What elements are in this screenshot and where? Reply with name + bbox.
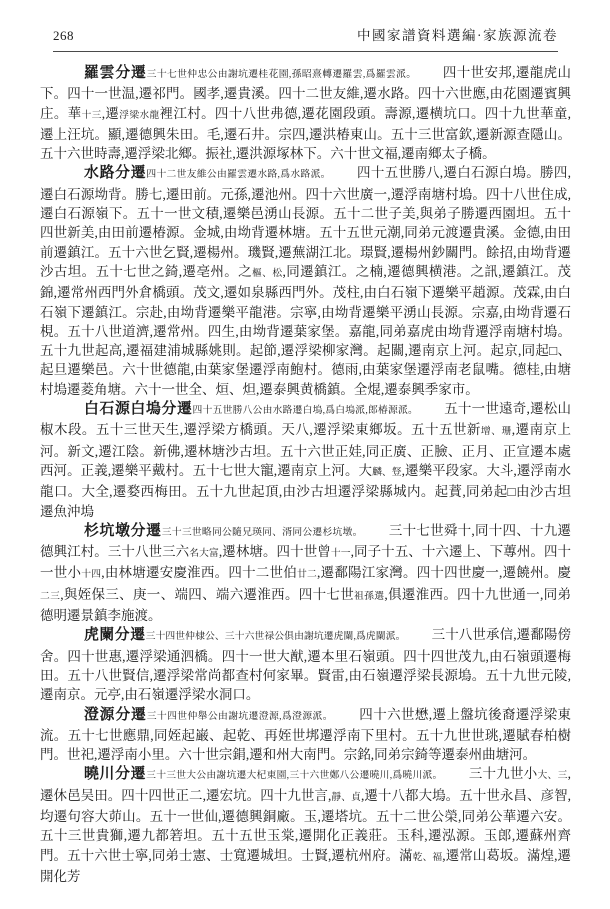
- annotation-gap: [418, 412, 444, 413]
- text-segment: ,遷林塘。四十世曾: [219, 544, 331, 559]
- inline-annotation: 四十二世友維公由羅雲遷水路,爲水路派。: [146, 169, 330, 180]
- annotation-gap: [331, 176, 357, 177]
- inline-annotation: 靜、貞: [331, 792, 361, 803]
- document-body: 羅雲分遷三十七世仲忠公由謝坑遷桂花園,孫昭熹轉遷羅雲,爲羅雲派。四十世安邦,遷龍…: [40, 63, 571, 886]
- text-segment: ,由林塘遷安慶淮西。四十二世伯: [101, 565, 297, 580]
- inline-annotation: 三十三世略同公隨兄瑛同、湑同公遷杉坑墩。: [162, 527, 363, 538]
- inline-annotation: 十四: [81, 569, 101, 580]
- paragraph-heading: 曉川分遷: [84, 766, 146, 782]
- paragraph-heading: 白石源白塢分遷: [84, 401, 193, 417]
- inline-annotation: 廿二: [297, 569, 317, 580]
- paragraph-heading: 虎闌分遷: [84, 627, 146, 643]
- scanned-book-page: 268 中國家譜資料選編·家族源流卷 羅雲分遷三十七世仲忠公由謝坑遷桂花園,孫昭…: [0, 0, 610, 909]
- paragraph: 虎闌分遷三十四世仲棣公、三十六世禄公俱由謝坑遷虎闌,爲虎闌派。三十八世承信,遷鄱…: [40, 625, 571, 704]
- inline-annotation: 名大富: [189, 548, 219, 559]
- annotation-gap: [333, 718, 359, 719]
- inline-annotation: 四十五世勝八公由水路遷白塢,爲白塢派,郎椿源派。: [193, 405, 418, 416]
- paragraph: 澄源分遷三十四世仲舉公由謝坑遷澄源,爲澄源派。四十六世懋,遷上盤坑後裔遷浮梁東流…: [40, 705, 571, 765]
- text-segment: 四十五世勝八,遷白石源白塢。勝四,遷白石源坳背。勝七,遷田前。元孫,遷池州。四十…: [40, 165, 571, 278]
- paragraph-heading: 杉坑墩分遷: [84, 523, 162, 539]
- annotation-gap: [406, 638, 432, 639]
- annotation-gap: [443, 777, 469, 778]
- inline-annotation: 三十四世仲舉公由謝坑遷澄源,爲澄源派。: [147, 711, 333, 722]
- page-number: 268: [53, 28, 74, 44]
- text-segment: ,與姪保三、庚一、端四、端六遷淮西。四十七世: [60, 587, 354, 602]
- inline-annotation: 十三: [81, 110, 101, 121]
- running-header: 268 中國家譜資料選編·家族源流卷: [53, 0, 558, 52]
- inline-annotation: 乾、福: [413, 852, 443, 863]
- paragraph: 曉川分遷三十三世大公由謝坑遷大杞東園,三十六世鄭八公遷曉川,爲曉川派。三十九世小…: [40, 764, 571, 886]
- paragraph-heading: 羅雲分遷: [84, 65, 147, 81]
- paragraph: 羅雲分遷三十七世仲忠公由謝坑遷桂花園,孫昭熹轉遷羅雲,爲羅雲派。四十世安邦,遷龍…: [40, 63, 571, 163]
- inline-annotation: 大、三: [538, 770, 568, 781]
- text-segment: ,遷鄱陽江家灣。四十四世慶一,遷饒州。慶: [317, 565, 571, 580]
- text-segment: 三十九世小: [469, 766, 538, 781]
- paragraph: 白石源白塢分遷四十五世勝八公由水路遷白塢,爲白塢派,郎椿源派。五十一世遠奇,遷松…: [40, 399, 571, 521]
- annotation-gap: [363, 534, 389, 535]
- inline-annotation: 增、珊: [481, 426, 512, 437]
- inline-annotation: 麟、豋: [372, 467, 402, 478]
- inline-annotation: 祖孫選: [354, 591, 384, 602]
- inline-annotation: 三十四世仲棣公、三十六世禄公俱由謝坑遷虎闌,爲虎闌派。: [146, 631, 406, 642]
- annotation-gap: [416, 76, 442, 77]
- paragraph: 杉坑墩分遷三十三世略同公隨兄瑛同、湑同公遷杉坑墩。三十七世舜十,同十四、十九遷德…: [40, 521, 571, 625]
- inline-annotation: 浮梁水龍: [119, 110, 159, 121]
- text-segment: ,遷: [102, 106, 120, 121]
- inline-annotation: 三十三世大公由謝坑遷大杞東園,三十六世鄭八公遷曉川,爲曉川派。: [146, 770, 442, 781]
- book-title: 中國家譜資料選編·家族源流卷: [357, 24, 558, 44]
- inline-annotation: 十一: [331, 548, 351, 559]
- paragraph: 水路分遷四十二世友維公由羅雲遷水路,爲水路派。四十五世勝八,遷白石源白塢。勝四,…: [40, 163, 571, 399]
- inline-annotation: 二三: [40, 591, 60, 602]
- paragraph-heading: 水路分遷: [84, 165, 146, 181]
- paragraph-heading: 澄源分遷: [84, 707, 147, 723]
- text-segment: ,同遷鎮江。之楠,遷德興横港。之訊,遷鎮江。茂錦,遷常州西門外倉橋頭。茂文,遷如…: [40, 264, 571, 397]
- inline-annotation: 樞、松: [252, 268, 283, 279]
- inline-annotation: 三十七世仲忠公由謝坑遷桂花園,孫昭熹轉遷羅雲,爲羅雲派。: [147, 69, 417, 80]
